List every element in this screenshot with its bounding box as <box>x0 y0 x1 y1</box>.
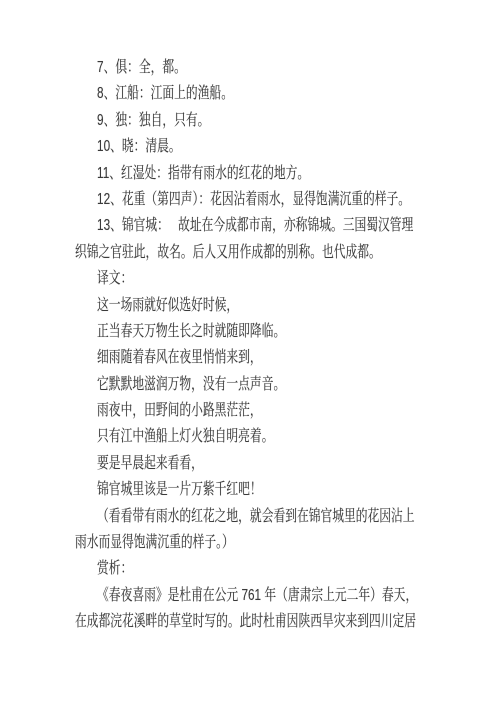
text-line: 译文： <box>75 266 428 292</box>
text-line: 它默默地滋润万物，没有一点声音。 <box>75 372 428 398</box>
text-line: 8、江船：江面上的渔船。 <box>75 81 428 107</box>
text-line: 在成都浣花溪畔的草堂时写的。此时杜甫因陕西旱灾来到四川定居 <box>75 609 428 635</box>
text-line: 正当春天万物生长之时就随即降临。 <box>75 319 428 345</box>
text-line: 织锦之官驻此，故名。后人又用作成都的别称。也代成都。 <box>75 240 428 266</box>
text-line: 雨水而显得饱满沉重的样子。） <box>75 530 428 556</box>
text-line: 7、俱：全，都。 <box>75 55 428 81</box>
text-line: 要是早晨起来看看， <box>75 451 428 477</box>
document-page: 7、俱：全，都。8、江船：江面上的渔船。9、独：独自，只有。10、晓：清晨。11… <box>0 0 500 708</box>
text-line: （看看带有雨水的红花之地，就会看到在锦官城里的花因沾上 <box>75 504 428 530</box>
text-line: 细雨随着春风在夜里悄悄来到， <box>75 345 428 371</box>
text-line: 这一场雨就好似选好时候， <box>75 293 428 319</box>
text-line: 只有江中渔船上灯火独自明亮着。 <box>75 424 428 450</box>
text-line: 9、独：独自，只有。 <box>75 108 428 134</box>
text-line: 雨夜中，田野间的小路黑茫茫， <box>75 398 428 424</box>
text-line: 13、锦官城： 故址在今成都市南，亦称锦城。三国蜀汉管理 <box>75 213 428 239</box>
text-line: 12、花重（第四声）：花因沾着雨水，显得饱满沉重的样子。 <box>75 187 428 213</box>
text-line: 11、红湿处：指带有雨水的红花的地方。 <box>75 161 428 187</box>
text-line: 赏析： <box>75 556 428 582</box>
text-line: 10、晓：清晨。 <box>75 134 428 160</box>
text-line: 《春夜喜雨》是杜甫在公元 761 年（唐肃宗上元二年）春天， <box>75 583 428 609</box>
text-block: 7、俱：全，都。8、江船：江面上的渔船。9、独：独自，只有。10、晓：清晨。11… <box>75 55 500 636</box>
text-line: 锦官城里该是一片万紫千红吧！ <box>75 477 428 503</box>
